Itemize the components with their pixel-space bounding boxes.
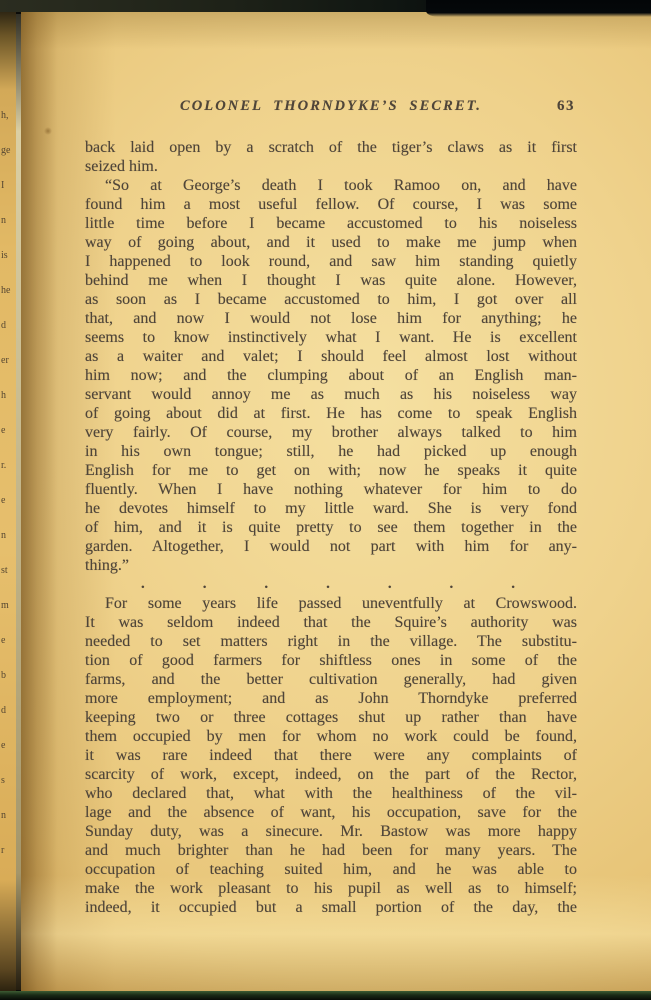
text-line: indeed, it occupied but a small portion … — [85, 898, 577, 917]
text-line: lage and the absence of want, his occupa… — [85, 803, 577, 822]
book-photo: h, ge I n is he d er h e r. e n st m e b… — [0, 0, 651, 1000]
text-line: of him, and it is quite pretty to see th… — [85, 518, 577, 537]
text-line: fluently. When I have nothing whatever f… — [85, 480, 577, 499]
text-line: as a waiter and valet; I should feel alm… — [85, 347, 577, 366]
paragraph-group-2: For some years life passed uneventfully … — [85, 594, 577, 917]
left-page-edge: h, ge I n is he d er h e r. e n st m e b… — [0, 0, 16, 1000]
text-line: needed to set matters right in the villa… — [85, 632, 577, 651]
book-page: COLONEL THORNDYKE’S SECRET. 63 back laid… — [21, 10, 651, 993]
page-title: COLONEL THORNDYKE’S SECRET. — [85, 98, 577, 115]
text-line: back laid open by a scratch of the tiger… — [85, 138, 577, 157]
text-line: Sunday duty, was a sinecure. Mr. Bastow … — [85, 822, 577, 841]
text-line: scarcity of work, except, indeed, on the… — [85, 765, 577, 784]
text-line: way of going about, and it used to make … — [85, 233, 577, 252]
page-edge-highlight — [16, 14, 21, 990]
text-line: found him a most useful fellow. Of cours… — [85, 195, 577, 214]
separator-dot: . — [203, 580, 207, 589]
book-top-edge-shadow — [426, 0, 651, 17]
text-line: I happened to look round, and saw him st… — [85, 252, 577, 271]
text-line: him now; and the clumping about of an En… — [85, 366, 577, 385]
text-line: seems to know instinctively what I want.… — [85, 328, 577, 347]
text-line: he devotes himself to my little ward. Sh… — [85, 499, 577, 518]
text-line: seized him. — [85, 157, 577, 176]
text-line: English for me to get on with; now he sp… — [85, 461, 577, 480]
text-line: very fairly. Of course, my brother alway… — [85, 423, 577, 442]
text-line: tion of good farmers for shiftless ones … — [85, 651, 577, 670]
text-line: in his own tongue; still, he had picked … — [85, 442, 577, 461]
text-line: that, and now I would not lose him for a… — [85, 309, 577, 328]
text-line: farms, and the better cultivation genera… — [85, 670, 577, 689]
text-line: behind me when I thought I was quite alo… — [85, 271, 577, 290]
text-line: of going about did at first. He has come… — [85, 404, 577, 423]
text-line: as soon as I became accustomed to him, I… — [85, 290, 577, 309]
separator-dot: . — [141, 580, 145, 589]
separator-dot: . — [450, 580, 454, 589]
separator-dot: . — [388, 580, 392, 589]
text-line: garden. Altogether, I would not part wit… — [85, 537, 577, 556]
paragraph-group-1: back laid open by a scratch of the tiger… — [85, 138, 577, 575]
separator-dot: . — [264, 580, 268, 589]
separator-dot: . — [511, 580, 515, 589]
text-line: keeping two or three cottages shut up ra… — [85, 708, 577, 727]
text-line: more employment; and as John Thorndyke p… — [85, 689, 577, 708]
text-line: little time before I became accustomed t… — [85, 214, 577, 233]
running-header: COLONEL THORNDYKE’S SECRET. 63 — [85, 98, 577, 118]
body-text: back laid open by a scratch of the tiger… — [85, 138, 577, 917]
book-bottom-edge — [0, 991, 651, 1000]
section-separator: ....... — [141, 575, 515, 594]
text-line: them occupied by men for whom no work co… — [85, 727, 577, 746]
text-line: and much brighter than he had been for m… — [85, 841, 577, 860]
text-line: “So at George’s death I took Ramoo on, a… — [85, 176, 577, 195]
text-line: It was seldom indeed that the Squire’s a… — [85, 613, 577, 632]
gutter-shadow — [21, 10, 57, 993]
text-line: thing.” — [85, 556, 577, 575]
text-line: who declared that, what with the healthi… — [85, 784, 577, 803]
text-line: servant would annoy me as much as his no… — [85, 385, 577, 404]
text-line: For some years life passed uneventfully … — [85, 594, 577, 613]
text-line: occupation of teaching suited him, and h… — [85, 860, 577, 879]
text-line: it was rare indeed that there were any c… — [85, 746, 577, 765]
text-line: make the work pleasant to his pupil as w… — [85, 879, 577, 898]
underpage-text-fragments: h, ge I n is he d er h e r. e n st m e b… — [1, 98, 14, 938]
separator-dot: . — [326, 580, 330, 589]
page-number: 63 — [557, 98, 575, 115]
